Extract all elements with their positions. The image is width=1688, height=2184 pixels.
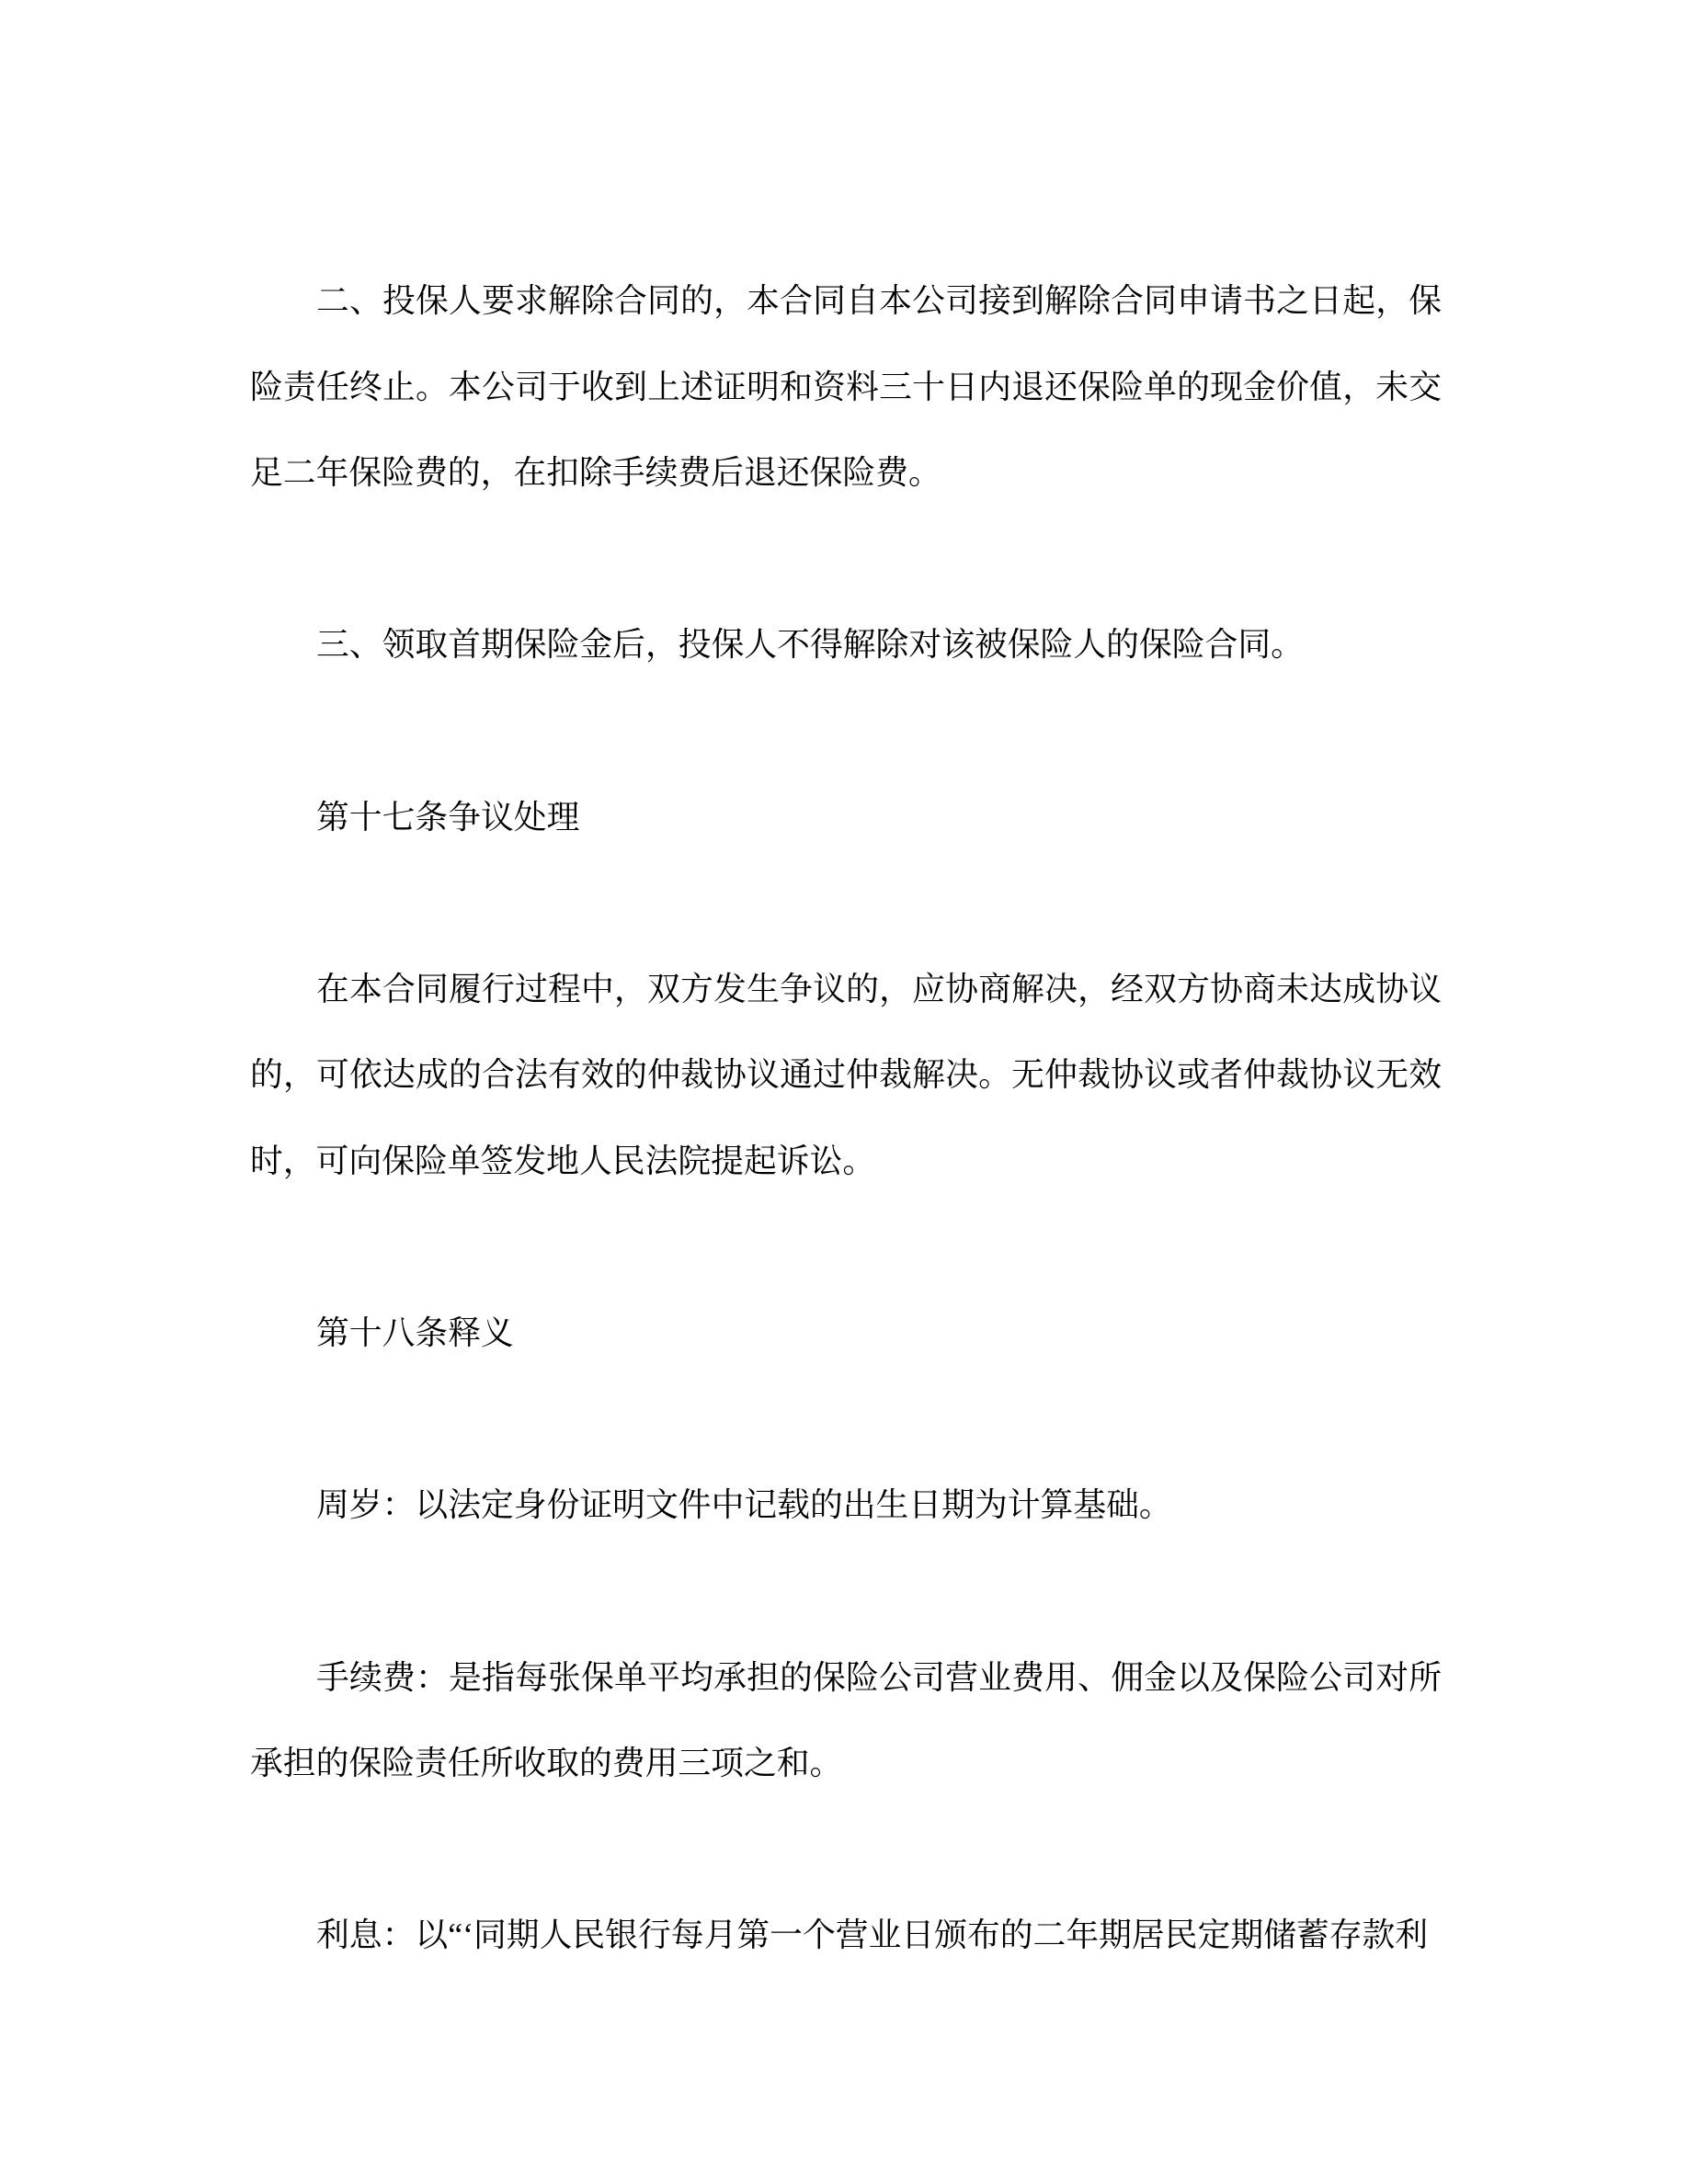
- document-line: 二、投保人要求解除合同的，本合同自本公司接到解除合同申请书之日起，保: [250, 258, 1442, 345]
- document-page: 二、投保人要求解除合同的，本合同自本公司接到解除合同申请书之日起，保 险责任终止…: [0, 0, 1688, 2184]
- heading-article-18: 第十八条释义: [250, 1291, 1442, 1377]
- document-line: 时，可向保险单签发地人民法院提起诉讼。: [250, 1119, 1442, 1205]
- document-line: 三、领取首期保险金后，投保人不得解除对该被保险人的保险合同。: [250, 602, 1442, 688]
- document-line: 利息：以“‘同期人民银行每月第一个营业日颁布的二年期居民定期储蓄存款利: [250, 1893, 1442, 1979]
- document-line: 第十七条争议处理: [250, 775, 1442, 861]
- document-line: 险责任终止。本公司于收到上述证明和资料三十日内退还保险单的现金价值，未交: [250, 345, 1442, 431]
- paragraph-definition-fee: 手续费：是指每张保单平均承担的保险公司营业费用、佣金以及保险公司对所 承担的保险…: [250, 1635, 1442, 1807]
- paragraph-definition-interest: 利息：以“‘同期人民银行每月第一个营业日颁布的二年期居民定期储蓄存款利: [250, 1893, 1442, 1979]
- paragraph-dispute-resolution: 在本合同履行过程中，双方发生争议的，应协商解决，经双方协商未达成协议 的，可依达…: [250, 947, 1442, 1205]
- paragraph-clause-three-no-cancel: 三、领取首期保险金后，投保人不得解除对该被保险人的保险合同。: [250, 602, 1442, 688]
- heading-article-17: 第十七条争议处理: [250, 775, 1442, 861]
- paragraph-definition-age: 周岁：以法定身份证明文件中记载的出生日期为计算基础。: [250, 1462, 1442, 1549]
- document-line: 第十八条释义: [250, 1291, 1442, 1377]
- document-body: 二、投保人要求解除合同的，本合同自本公司接到解除合同申请书之日起，保 险责任终止…: [250, 258, 1442, 1979]
- document-line: 足二年保险费的，在扣除手续费后退还保险费。: [250, 430, 1442, 517]
- document-line: 手续费：是指每张保单平均承担的保险公司营业费用、佣金以及保险公司对所: [250, 1635, 1442, 1722]
- document-line: 周岁：以法定身份证明文件中记载的出生日期为计算基础。: [250, 1462, 1442, 1549]
- document-line: 的，可依达成的合法有效的仲裁协议通过仲裁解决。无仲裁协议或者仲裁协议无效: [250, 1032, 1442, 1119]
- document-line: 承担的保险责任所收取的费用三项之和。: [250, 1721, 1442, 1807]
- document-line: 在本合同履行过程中，双方发生争议的，应协商解决，经双方协商未达成协议: [250, 947, 1442, 1033]
- paragraph-clause-two-surrender: 二、投保人要求解除合同的，本合同自本公司接到解除合同申请书之日起，保 险责任终止…: [250, 258, 1442, 517]
